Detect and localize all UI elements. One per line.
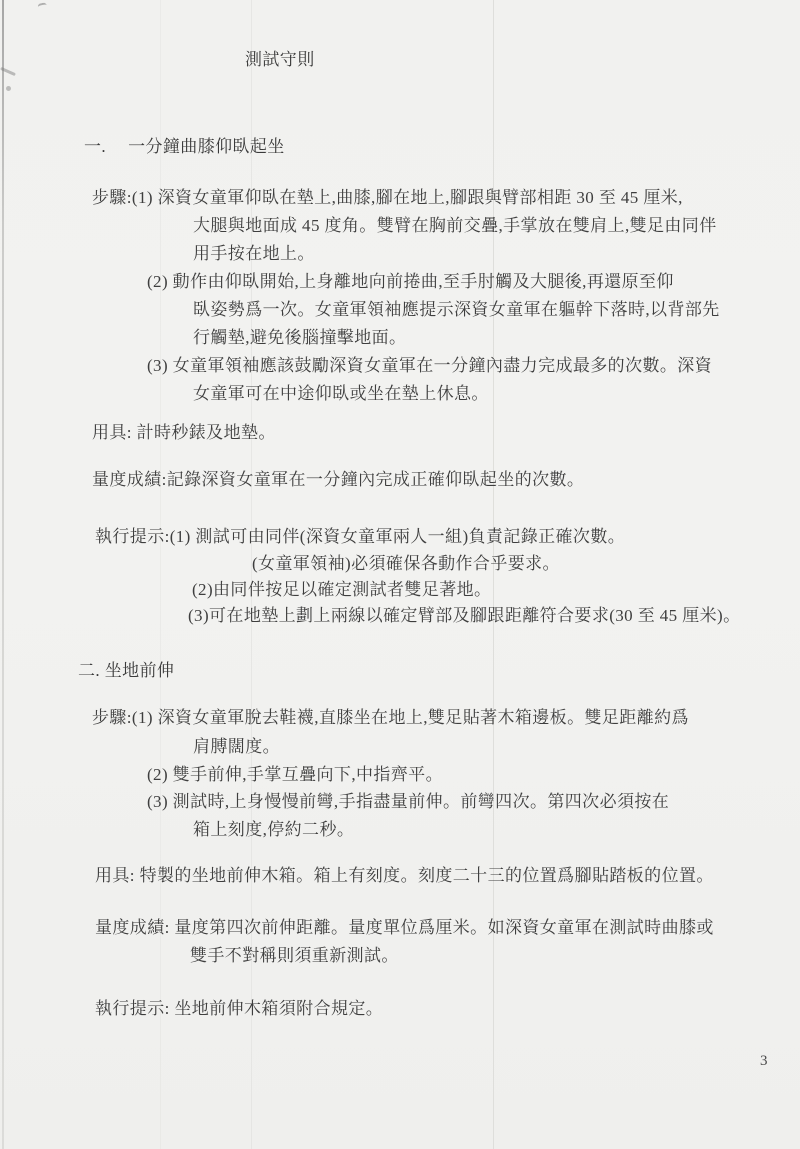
- scan-edge-artifact: [2, 0, 4, 1149]
- scan-streak: [160, 0, 161, 1149]
- body-line: 女童軍可在中途仰臥或坐在墊上休息。: [193, 383, 489, 404]
- body-line: 用具: 特製的坐地前伸木箱。箱上有刻度。刻度二十三的位置爲腳貼踏板的位置。: [95, 865, 714, 886]
- scan-mark: [6, 86, 11, 91]
- body-line: (2) 雙手前伸,手掌互疊向下,中指齊平。: [147, 764, 443, 785]
- body-line: (2)由同伴按足以確定測試者雙足著地。: [192, 579, 491, 600]
- body-line: (3)可在地墊上劃上兩線以確定臂部及腳跟距離符合要求(30 至 45 厘米)。: [188, 605, 741, 626]
- page-number: 3: [760, 1051, 768, 1072]
- body-line: 量度成績:記錄深資女童軍在一分鐘內完成正確仰臥起坐的次數。: [92, 469, 584, 490]
- body-line: 箱上刻度,停約二秒。: [193, 819, 354, 840]
- body-line: 步驟:(1) 深資女童軍仰臥在墊上,曲膝,腳在地上,腳跟與臂部相距 30 至 4…: [92, 187, 683, 208]
- body-line: 行觸墊,避免後腦撞擊地面。: [193, 327, 406, 348]
- body-line: 大腿與地面成 45 度角。雙臂在胸前交疊,手掌放在雙肩上,雙足由同伴: [193, 215, 717, 236]
- body-line: 雙手不對稱則須重新測試。: [190, 945, 399, 966]
- body-line: (2) 動作由仰臥開始,上身離地向前捲曲,至手肘觸及大腿後,再還原至仰: [147, 271, 674, 292]
- section-2-heading: 二. 坐地前伸: [78, 660, 174, 681]
- body-line: (3) 測試時,上身慢慢前彎,手指盡量前伸。前彎四次。第四次必須按在: [147, 791, 669, 812]
- body-line: 步驟:(1) 深資女童軍脫去鞋襪,直膝坐在地上,雙足貼著木箱邊板。雙足距離約爲: [92, 707, 689, 728]
- scan-mark: [37, 2, 47, 12]
- section-1-heading: 一. 一分鐘曲膝仰臥起坐: [84, 136, 285, 157]
- body-line: 用具: 計時秒錶及地墊。: [92, 422, 276, 443]
- body-line: 執行提示: 坐地前伸木箱須附合規定。: [95, 998, 383, 1019]
- body-line: 肩膊闊度。: [193, 736, 280, 757]
- page-title: 測試守則: [245, 49, 315, 70]
- body-line: (3) 女童軍領袖應該鼓勵深資女童軍在一分鐘內盡力完成最多的次數。深資: [147, 355, 712, 376]
- body-line: (女童軍領袖)必須確保各動作合乎要求。: [252, 553, 560, 574]
- body-line: 執行提示:(1) 測試可由同伴(深資女童軍兩人一組)負責記錄正確次數。: [95, 526, 625, 547]
- scanned-document-page: 測試守則 一. 一分鐘曲膝仰臥起坐 步驟:(1) 深資女童軍仰臥在墊上,曲膝,腳…: [0, 0, 800, 1149]
- body-line: 臥姿勢爲一次。女童軍領袖應提示深資女童軍在軀幹下落時,以背部先: [193, 299, 720, 320]
- body-line: 量度成績: 量度第四次前伸距離。量度單位爲厘米。如深資女童軍在測試時曲膝或: [95, 917, 714, 938]
- scan-streak: [493, 0, 494, 1149]
- scan-streak: [251, 0, 252, 1149]
- body-line: 用手按在地上。: [193, 243, 315, 264]
